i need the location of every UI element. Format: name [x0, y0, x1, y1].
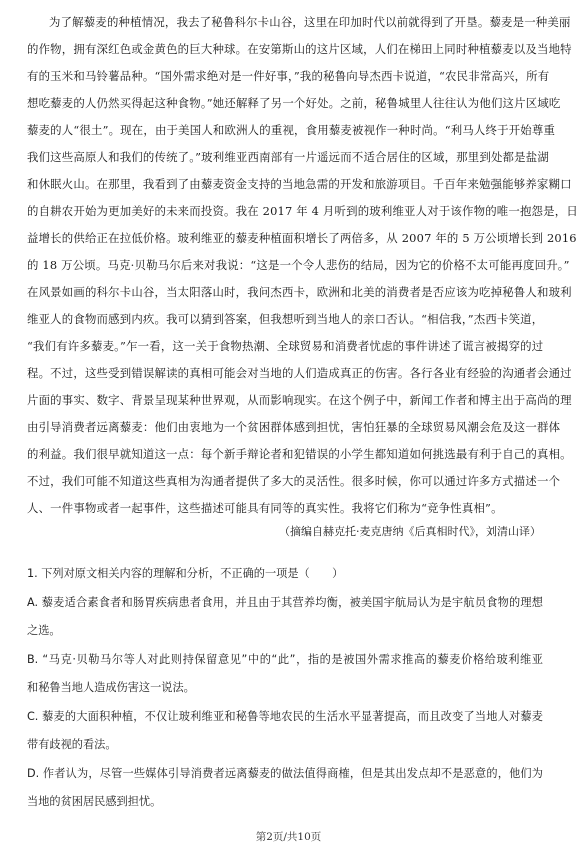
passage-line: 在风景如画的科尔卡山谷，当太阳落山时，我问杰西卡，欧洲和北美的消费者是否应该为吃…	[27, 285, 543, 299]
passage-line: 的自耕农开始为更加美好的未来而投资。我在 2017 年 4 月听到的玻利维亚人对…	[27, 204, 543, 218]
passage-line: “我们有许多藜麦。”乍一看，这一关于食物热潮、全球贸易和消费者忧虑的事件讲述了谎…	[27, 339, 543, 353]
passage-line: 程。不过，这些受到错误解读的真相可能会对当地的人们造成真正的伤害。各行各业有经验…	[27, 366, 543, 380]
option-b-cont: 和秘鲁当地人造成伤害这一说法。	[27, 681, 543, 695]
passage-line: 益增长的供给正在拉低价格。玻利维亚的藜麦种植面积增长了两倍多，从 2007 年的…	[27, 231, 543, 245]
passage-line: 人、一件事物或者一起事件，这些描述可能具有同等的真实性。我将它们称为“竞争性真相…	[27, 501, 543, 515]
passage-line: 我们这些高原人和我们的传统了。”玻利维亚西南部有一片遥远而不适合居住的区域，那里…	[27, 150, 543, 164]
passage-line: 维亚人的食物而感到内疚。我可以猜到答案，但我想听到当地人的亲口否认。“相信我，”…	[27, 312, 543, 326]
passage-line: 的 18 万公顷。马克·贝勒马尔后来对我说：“这是一个令人悲伤的结局，因为它的价…	[27, 258, 543, 272]
passage-line: 藜麦的人“很土”。现在，由于美国人和欧洲人的重视，食用藜麦被视作一种时尚。“利马…	[27, 123, 543, 137]
passage-line: 由引导消费者远离藜麦：他们由衷地为一个贫困群体感到担忧，害怕狂暴的全球贸易风潮会…	[27, 420, 543, 434]
page-indicator: 第2页/共10页	[0, 829, 577, 844]
citation: （摘编自赫克托·麦克唐纳《后真相时代》，刘清山译）	[279, 525, 541, 539]
passage-line: 的利益。我们很早就知道这一点：每个新手辩论者和犯错误的小学生都知道如何挑选最有利…	[27, 447, 543, 461]
passage-line: 片面的事实、数字、背景呈现某种世界观，从而影响现实。在这个例子中，新闻工作者和博…	[27, 393, 543, 407]
passage-line: 有的玉米和马铃薯品种。“国外需求绝对是一件好事，”我的秘鲁向导杰西卡说道，“农民…	[27, 69, 543, 83]
passage-line: 为了解藜麦的种植情况，我去了秘鲁科尔卡山谷，这里在印加时代以前就得到了开垦。藜麦…	[49, 15, 543, 29]
passage-line: 和休眠火山。在那里，我看到了由藜麦资金支持的当地急需的开发和旅游项目。千百年来勉…	[27, 177, 543, 191]
passage-line: 不过，我们可能不知道这些真相为沟通者提供了多大的灵活性。很多时候，你可以通过许多…	[27, 474, 543, 488]
option-a: A. 藜麦适合素食者和肠胃疾病患者食用，并且由于其营养均衡，被美国宇航局认为是宇…	[27, 596, 543, 610]
option-a-cont: 之选。	[27, 624, 543, 638]
option-d: D. 作者认为，尽管一些媒体引导消费者远离藜麦的做法值得商榷，但是其出发点却不是…	[27, 767, 543, 781]
passage-line: 想吃藜麦的人仍然买得起这种食物。”她还解释了另一个好处。之前，秘鲁城里人往往认为…	[27, 96, 543, 110]
question-stem: 1. 下列对原文相关内容的理解和分析，不正确的一项是（ ）	[27, 567, 543, 581]
document-page: 为了解藜麦的种植情况，我去了秘鲁科尔卡山谷，这里在印加时代以前就得到了开垦。藜麦…	[0, 0, 577, 852]
option-c: C. 藜麦的大面积种植，不仅让玻利维亚和秘鲁等地农民的生活水平显著提高，而且改变…	[27, 710, 543, 724]
option-b: B. “马克·贝勒马尔等人对此则持保留意见”中的“此”，指的是被国外需求推高的藜…	[27, 653, 543, 667]
passage-line: 的作物，拥有深红色或金黄色的巨大种球。在安第斯山的这片区域，人们在梯田上同时种植…	[27, 42, 543, 56]
option-d-cont: 当地的贫困居民感到担忧。	[27, 795, 543, 809]
option-c-cont: 带有歧视的看法。	[27, 738, 543, 752]
